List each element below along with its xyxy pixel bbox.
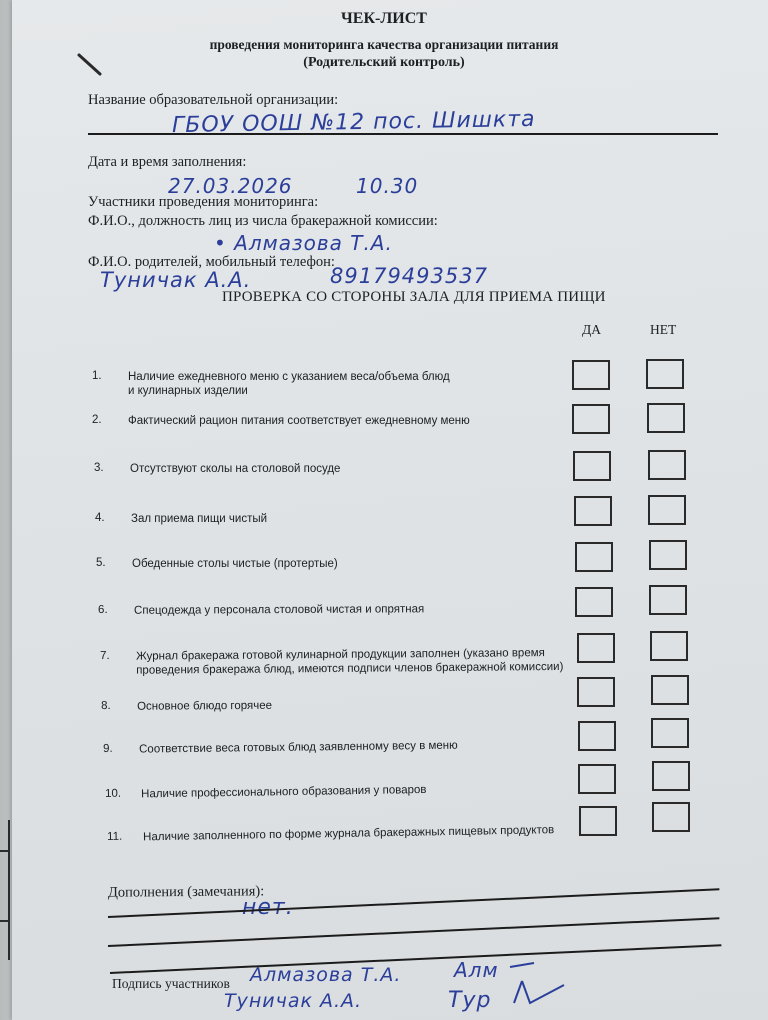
document-subtitle: проведения мониторинга качества организа… (0, 37, 768, 53)
item-text-line-1: Фактический рацион питания соответствует… (128, 415, 470, 427)
item-text-line-1: Журнал бракеража готовой кулинарной прод… (136, 647, 545, 663)
checkbox-yes[interactable] (577, 633, 615, 663)
checkbox-no[interactable] (652, 802, 690, 832)
checkbox-no[interactable] (646, 359, 684, 389)
item-number: 3. (94, 462, 124, 474)
item-text-line-1: Обеденные столы чистые (протертые) (132, 558, 338, 570)
item-text-line-2: проведения бракеража блюд, имеются подпи… (136, 661, 563, 677)
commission-value[interactable]: • Алмазова Т.А. (214, 231, 393, 255)
item-text-line-1: Зал приема пищи чистый (131, 513, 267, 525)
org-name-label: Название образовательной организации: (88, 92, 338, 109)
checkbox-no[interactable] (649, 585, 687, 615)
time-value[interactable]: 10.30 (356, 174, 418, 198)
item-text: Обеденные столы чистые (протертые) (132, 557, 338, 571)
item-text: Зал приема пищи чистый (131, 512, 267, 526)
column-no-header: НЕТ (650, 322, 676, 338)
section-title: ПРОВЕРКА СО СТОРОНЫ ЗАЛА ДЛЯ ПРИЕМА ПИЩИ (222, 289, 606, 306)
item-text-line-1: Соответствие веса готовых блюд заявленно… (139, 740, 458, 756)
pen-mark-icon (76, 52, 106, 78)
item-number: 7. (100, 650, 130, 662)
signature-name-2[interactable]: Туничак А.А. (224, 990, 362, 1012)
checkbox-yes[interactable] (578, 764, 616, 794)
item-number: 10. (105, 788, 135, 800)
checkbox-yes[interactable] (573, 451, 611, 481)
org-name-line (88, 133, 718, 135)
signature-strokes-icon (490, 955, 570, 1015)
checkbox-no[interactable] (651, 675, 689, 705)
item-text: Фактический рацион питания соответствует… (128, 414, 470, 428)
parents-phone-value[interactable]: 89179493537 (330, 264, 488, 288)
item-text-line-2: и кулинарных изделии (128, 385, 248, 397)
item-text-line-1: Отсутствуют сколы на столовой посуде (130, 463, 340, 475)
datetime-label: Дата и время заполнения: (88, 154, 246, 171)
item-text-line-1: Спецодежда у персонала столовой чистая и… (134, 603, 424, 617)
item-number: 11. (107, 830, 137, 843)
item-number: 5. (96, 557, 126, 569)
signature-name-1[interactable]: Алмазова Т.А. (250, 964, 401, 986)
item-number: 6. (98, 604, 128, 616)
item-text: Отсутствуют сколы на столовой посуде (130, 462, 340, 476)
checkbox-no[interactable] (648, 495, 686, 525)
checkbox-yes[interactable] (575, 542, 613, 572)
column-yes-header: ДА (582, 322, 601, 338)
participants-label: Участники проведения мониторинга: (88, 194, 318, 211)
checkbox-no[interactable] (649, 540, 687, 570)
checkbox-no[interactable] (647, 403, 685, 433)
item-number: 9. (103, 743, 133, 755)
checkbox-yes[interactable] (572, 360, 610, 390)
checkbox-no[interactable] (651, 718, 689, 748)
checkbox-yes[interactable] (577, 677, 615, 707)
item-text: Спецодежда у персонала столовой чистая и… (134, 602, 424, 618)
item-number: 8. (101, 700, 131, 712)
item-text: Журнал бракеража готовой кулинарной прод… (136, 646, 563, 678)
signatures-label: Подпись участников (112, 976, 230, 992)
item-number: 1. (92, 370, 122, 382)
checkbox-no[interactable] (650, 631, 688, 661)
item-number: 4. (95, 512, 125, 524)
item-text: Основное блюдо горячее (137, 699, 272, 714)
underlying-table-lines (0, 820, 10, 960)
document-subtitle-2: (Родительский контроль) (0, 55, 768, 71)
checkbox-yes[interactable] (572, 404, 610, 434)
signature-mark-2[interactable]: Тур (448, 988, 491, 1013)
item-text: Наличие ежедневного меню с указанием вес… (128, 370, 450, 398)
item-text-line-1: Основное блюдо горячее (137, 700, 272, 713)
commission-label: Ф.И.О., должность лиц из числа бракеражн… (88, 213, 438, 230)
item-text-line-1: Наличие ежедневного меню с указанием вес… (128, 371, 450, 383)
item-number: 2. (92, 414, 122, 426)
checkbox-yes[interactable] (579, 806, 617, 836)
document-title: ЧЕК-ЛИСТ (0, 10, 768, 28)
checkbox-yes[interactable] (575, 587, 613, 617)
remarks-label: Дополнения (замечания): (108, 883, 264, 901)
checkbox-no[interactable] (652, 761, 690, 791)
checkbox-yes[interactable] (578, 721, 616, 751)
checkbox-yes[interactable] (574, 496, 612, 526)
checkbox-no[interactable] (648, 450, 686, 480)
